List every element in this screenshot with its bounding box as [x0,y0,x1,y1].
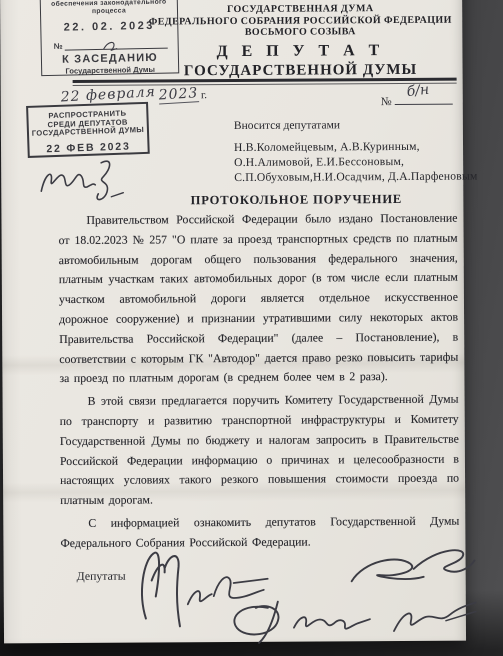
submission-intro: Вносится депутатами [234,119,462,132]
deputy-names-line: Н.В.Коломейцевым, А.В.Куринным, [234,139,462,156]
photo-background: организационного обеспечения законодател… [0,0,503,656]
document-number: №б/н [381,89,461,108]
handwritten-year: 2023 [158,85,199,104]
document-title: ПРОТОКОЛЬНОЕ ПОРУЧЕНИЕ [101,191,491,208]
deputy-role-title: Д Е П У Т А Т [140,41,460,61]
pen-mark-icon [99,38,125,53]
body-paragraph: В этой связи предлагается поручить Комит… [60,390,460,511]
deputy-names-line: С.П.Обуховым,Н.И.Осадчим, Д.А.Парфеновым [234,169,462,186]
stamp-distribute-line: ГОСУДАРСТВЕННОЙ ДУМЫ [29,126,147,139]
letterhead-rule [73,78,457,86]
stamp-number-label: № [54,42,63,51]
number-line: б/н [395,89,453,105]
document-page: организационного обеспечения законодател… [0,0,466,643]
letterhead-line-3: ВОСЬМОГО СОЗЫВА [140,26,460,39]
letterhead-line-2: ФЕДЕРАЛЬНОГО СОБРАНИЯ РОССИЙСКОЙ ФЕДЕРАЦ… [140,14,460,27]
document-body: Правительством Российской Федерации было… [58,209,459,557]
deputy-names-line: О.Н.Алимовой, Е.И.Бессоновым, [234,154,462,171]
handwritten-number: б/н [406,82,430,100]
deputies-signatures [115,538,480,646]
duma-letterhead: ГОСУДАРСТВЕННАЯ ДУМА ФЕДЕРАЛЬНОГО СОБРАН… [140,3,460,80]
body-paragraph: Правительством Российской Федерации было… [58,209,458,390]
year-suffix: г. [201,89,207,101]
stamp-distribute: РАСПРОСТРАНИТЬ СРЕДИ ДЕПУТАТОВ ГОСУДАРСТ… [26,102,150,158]
number-label: № [381,96,392,108]
submission-block: Вносится депутатами Н.В.Коломейцевым, А.… [234,119,462,186]
stamp-distribute-date: 22 ФЕВ 2023 [29,140,147,156]
